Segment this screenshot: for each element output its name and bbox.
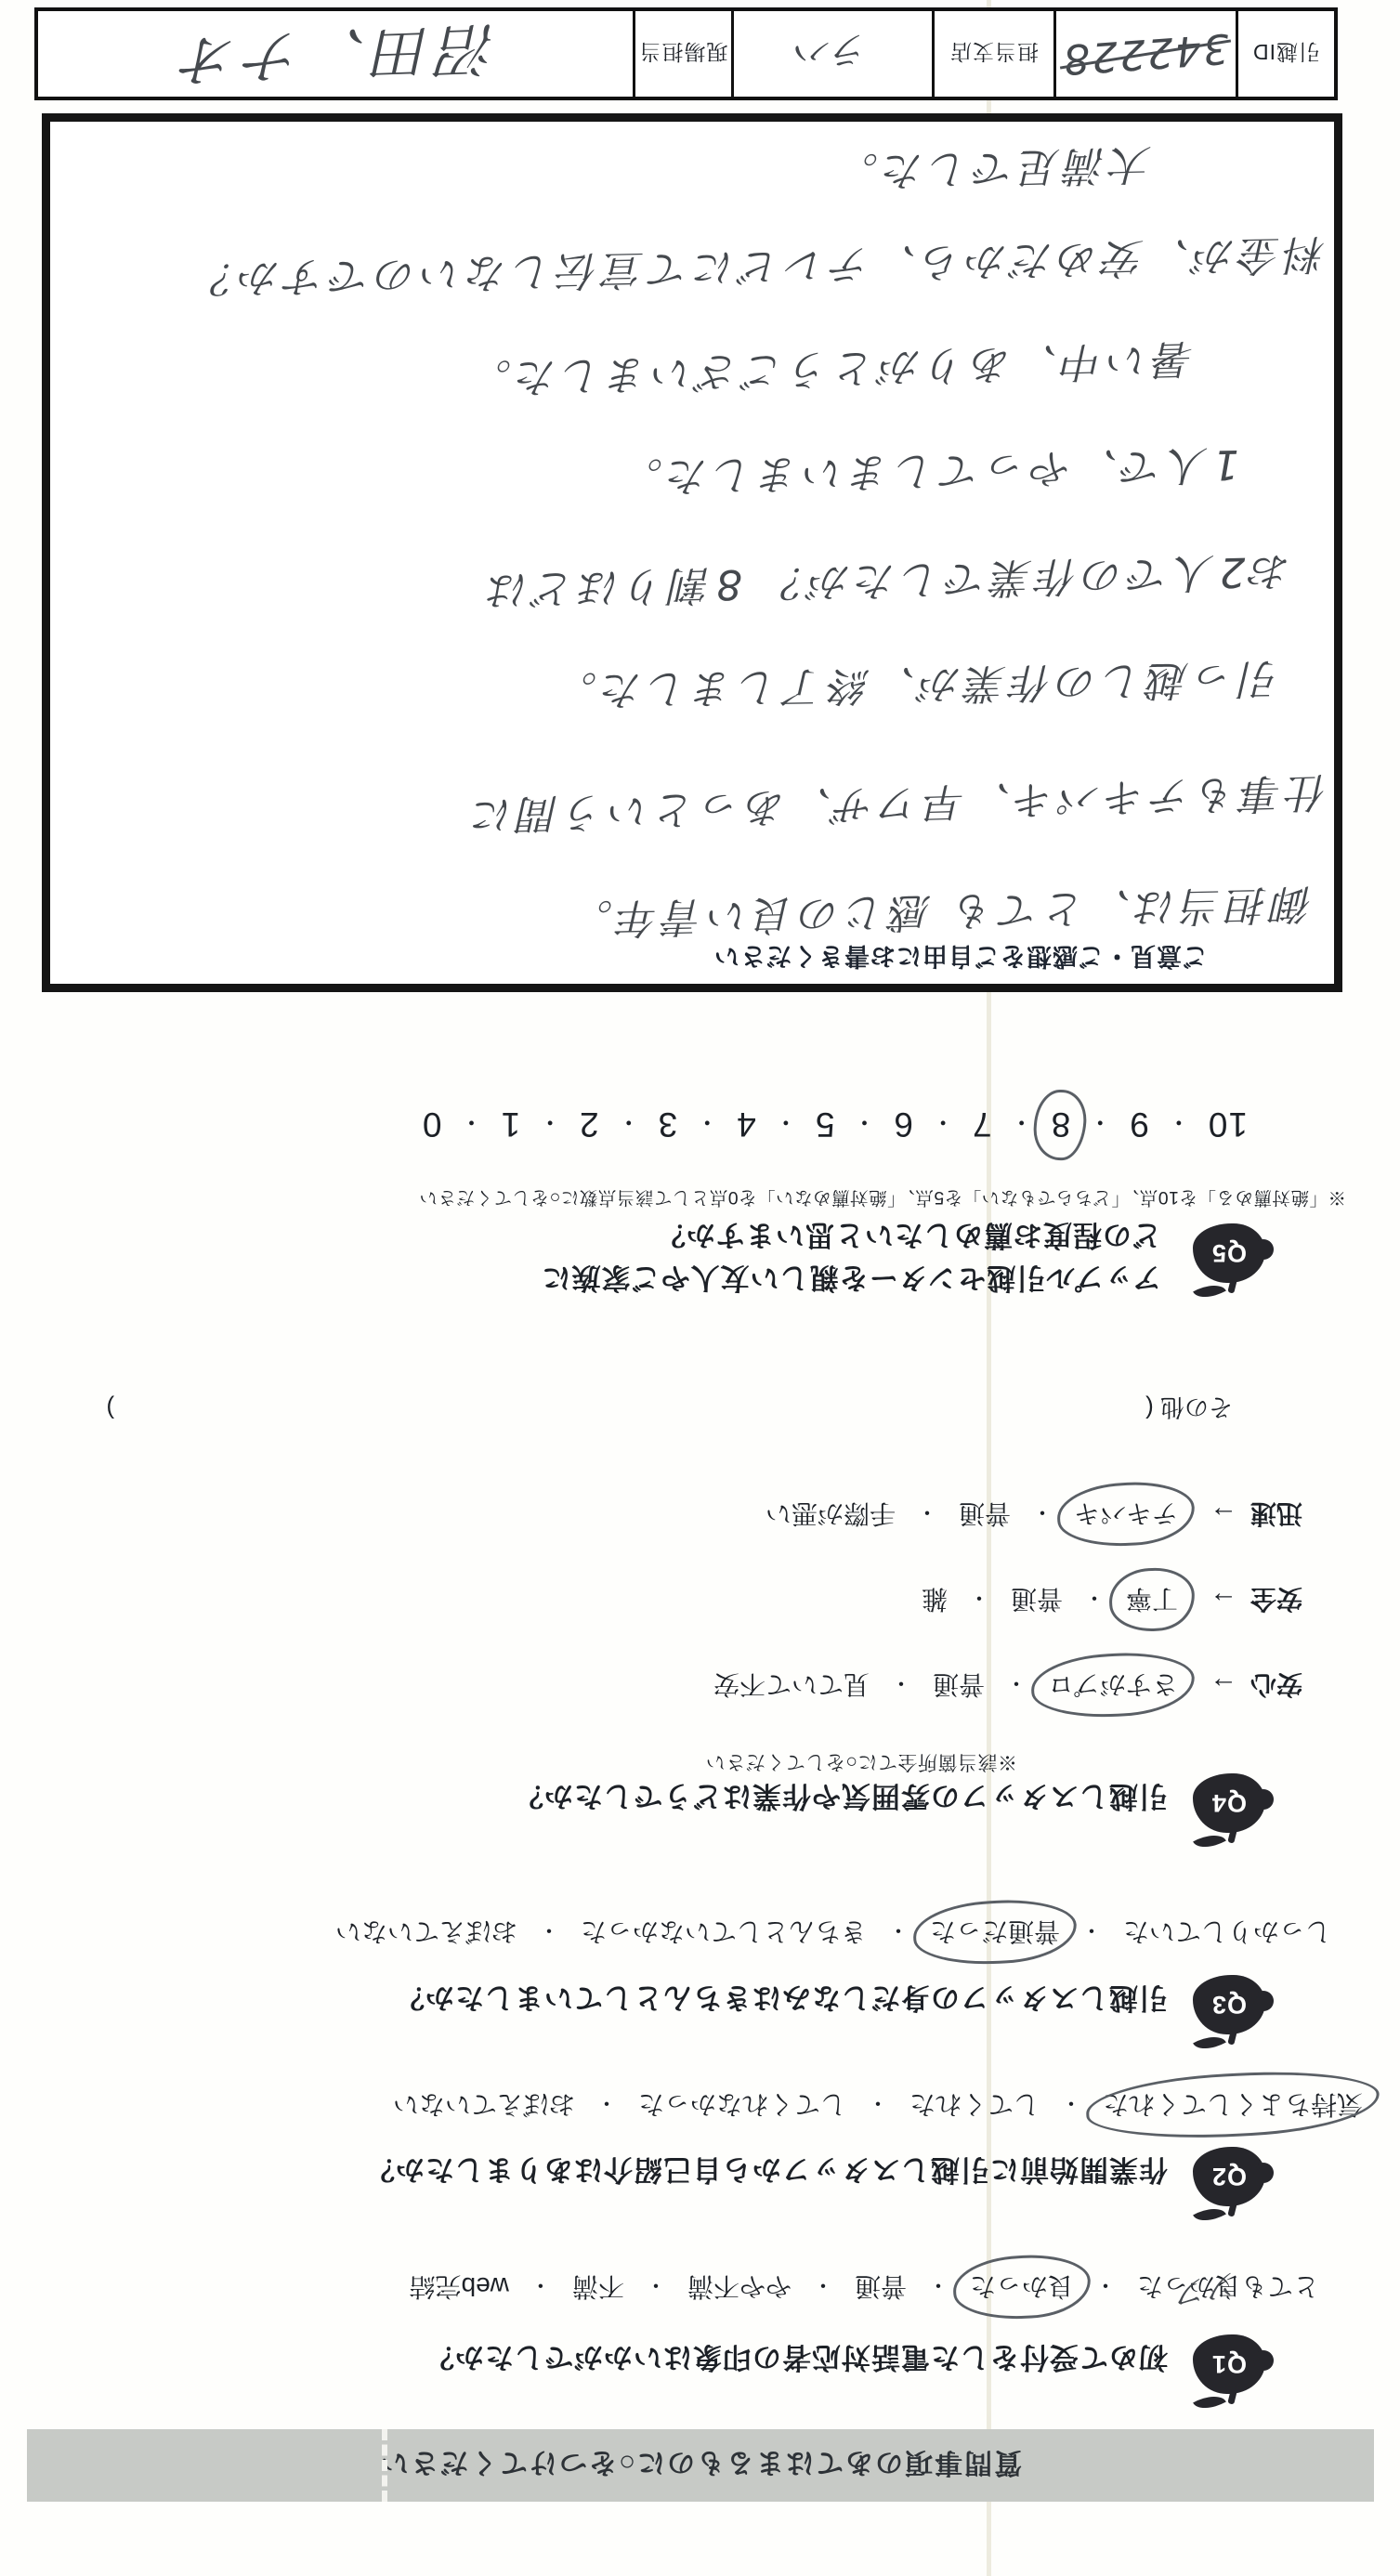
right-arrow: → xyxy=(1210,1670,1237,1702)
option-separator: ・ xyxy=(1005,1670,1027,1703)
header-info-table: 引越ID 342228 担当支店 ラハ 現場担当 沼田、ナオ xyxy=(34,7,1338,100)
scale-separator: ・ xyxy=(851,1107,876,1142)
option-separator: ・ xyxy=(595,2090,618,2123)
answer-option: 丁寧 xyxy=(1126,1582,1178,1619)
option-separator: ・ xyxy=(890,1670,912,1703)
answer-option: 気持ちよくしてくれた xyxy=(1103,2087,1363,2125)
row-label: 安心 xyxy=(1250,1667,1302,1705)
handwritten-comment-line: 仕事もテキパキ、早ワザ、あっという間に xyxy=(468,765,1329,849)
handwritten-comment-line: 暑い中、ありがとうございました。 xyxy=(465,333,1195,412)
apple-stem-icon xyxy=(1227,2030,1236,2045)
handwritten-comment-line: お2人での作業でしたが？ 8割りほどは xyxy=(483,544,1291,623)
apple-stem-icon xyxy=(1227,1828,1236,1843)
q5-note-text: ※「絶対薦める」を10点、「どちらでもない」を5点、「絶対薦めない」を0点として… xyxy=(419,1186,1346,1212)
scale-separator: ・ xyxy=(616,1107,641,1142)
move-id-label: 引越ID xyxy=(1236,11,1334,97)
instruction-text: 質問事項のあてはまるものに○をつけてください xyxy=(379,2445,1022,2486)
scale-number: 7 xyxy=(972,1105,992,1144)
answer-option: しっかりしていた xyxy=(1123,1915,1331,1952)
scale-number: 2 xyxy=(579,1105,599,1144)
q4-label: Q4 xyxy=(1211,1789,1247,1818)
apple-stem-icon xyxy=(1227,1278,1236,1293)
q4-note-text: ※該当箇所全てに○をしてください xyxy=(705,1749,1017,1777)
answer-option: 見ていて不安 xyxy=(713,1667,870,1705)
row-label: 迅速 xyxy=(1250,1497,1302,1534)
answer-option: テキパキ xyxy=(1074,1497,1178,1534)
option-separator: ・ xyxy=(1094,2272,1117,2305)
answer-option: 普通 xyxy=(933,1667,985,1705)
q3-question-text: 引越しスタッフの身だしなみはきちんとしていましたか？ xyxy=(395,1980,1168,2021)
q2-question-text: 作業開始前に引越しスタッフから自己紹介はありましたか？ xyxy=(365,2151,1168,2193)
option-separator: ・ xyxy=(530,2272,552,2305)
scale-separator: ・ xyxy=(930,1107,955,1142)
option-separator: ・ xyxy=(968,1585,990,1617)
apple-bump xyxy=(1253,1239,1274,1260)
handwritten-comment-line: 料金が、安めだから、テレビにて宣伝しないのですか？ xyxy=(189,228,1327,313)
answer-option: してくれなかった xyxy=(638,2087,846,2125)
q1-apple-icon: Q1 xyxy=(1193,2334,1265,2394)
answer-option: さすがプロ xyxy=(1048,1667,1178,1705)
perforation-dash-line xyxy=(382,2429,387,2502)
scale-number: 3 xyxy=(658,1105,678,1144)
scale-number: 9 xyxy=(1129,1105,1149,1144)
branch-label: 担当支店 xyxy=(932,11,1053,97)
option-separator: ・ xyxy=(1080,1917,1103,1950)
answer-option: 手際が悪い xyxy=(765,1497,896,1534)
handwritten-comment-line: 1人で、やってしまいました。 xyxy=(617,438,1239,511)
instruction-bar: 質問事項のあてはまるものに○をつけてください xyxy=(27,2429,1374,2502)
site-staff-label: 現場担当 xyxy=(633,11,731,97)
apple-leaf-icon xyxy=(1193,2388,1226,2415)
scale-number: 6 xyxy=(893,1105,913,1144)
option-separator: ・ xyxy=(538,1917,560,1950)
scanned-survey-page: 質問事項のあてはまるものに○をつけてください Q1 初めて受付をした電話対応者の… xyxy=(0,0,1400,2576)
answer-option: やや不満 xyxy=(687,2269,792,2307)
handwritten-branch: ラハ xyxy=(794,25,871,82)
answer-option: 普通だった xyxy=(930,1915,1060,1952)
scale-number: 10 xyxy=(1208,1105,1248,1144)
q5-question-line1: アップル引越センターを親しい友人やご家族に xyxy=(542,1260,1161,1301)
stray-pen-marks: ソフ xyxy=(1173,2263,1243,2319)
q3-options-row: しっかりしていた ・ 普通だった ・ きちんとしていなかった ・ おぼえていない xyxy=(335,1915,1331,1952)
scale-separator: ・ xyxy=(1087,1107,1112,1142)
scale-number: 0 xyxy=(422,1105,442,1144)
answer-option: 普通 xyxy=(855,2269,907,2307)
row-label: 安全 xyxy=(1250,1582,1302,1619)
site-staff-value-cell: 沼田、ナオ xyxy=(38,11,633,97)
apple-bump xyxy=(1253,2163,1274,2183)
apple-leaf-icon xyxy=(1193,2201,1226,2228)
q2-label: Q2 xyxy=(1211,2163,1247,2191)
open-paren: ( xyxy=(1145,1394,1154,1423)
comment-box: ご意見・ご感想をご自由にお書きください 御担当は、とても 感じの良い青年。 仕事… xyxy=(42,113,1342,992)
option-separator: ・ xyxy=(645,2272,667,2305)
option-separator: ・ xyxy=(916,1499,938,1532)
handwritten-comment-line: 引っ越しの作業が、終了しました。 xyxy=(552,652,1281,725)
answer-option: 普通 xyxy=(1011,1582,1063,1619)
answer-option: してくれた xyxy=(909,2087,1040,2125)
apple-stem-icon xyxy=(1227,2202,1236,2216)
q5-question-line2: どの程度お薦めしたいと思いますか？ xyxy=(656,1217,1161,1259)
scale-number: 8 xyxy=(1051,1105,1071,1144)
q5-apple-icon: Q5 xyxy=(1193,1223,1265,1283)
option-separator: ・ xyxy=(812,2272,834,2305)
option-separator: ・ xyxy=(927,2272,949,2305)
close-paren: ) xyxy=(106,1394,114,1423)
apple-bump xyxy=(1253,2350,1274,2371)
q3-apple-icon: Q3 xyxy=(1193,1975,1265,2034)
scale-separator: ・ xyxy=(1166,1107,1191,1142)
move-id-value-cell: 342228 xyxy=(1053,11,1236,97)
answer-option: 良かった xyxy=(970,2269,1074,2307)
scale-number: 5 xyxy=(815,1105,835,1144)
answer-option: 雑 xyxy=(922,1582,948,1619)
option-separator: ・ xyxy=(1060,2090,1082,2123)
scale-separator: ・ xyxy=(1009,1107,1034,1142)
handwritten-staff-name: 沼田、ナオ xyxy=(173,22,499,85)
q2-options-row: 気持ちよくしてくれた ・ してくれた ・ してくれなかった ・ おぼえていない xyxy=(393,2087,1363,2125)
answer-option: 普通 xyxy=(959,1497,1011,1534)
scale-separator: ・ xyxy=(694,1107,719,1142)
scale-separator: ・ xyxy=(773,1107,798,1142)
scale-separator: ・ xyxy=(537,1107,562,1142)
answer-option: おぼえていない xyxy=(393,2087,575,2125)
other-label: その他 xyxy=(1160,1392,1233,1426)
q4-apple-icon: Q4 xyxy=(1193,1773,1265,1833)
apple-bump xyxy=(1253,1991,1274,2011)
option-separator: ・ xyxy=(1083,1585,1106,1617)
branch-value-cell: ラハ xyxy=(731,11,932,97)
survey-sheet-rotated-180: 質問事項のあてはまるものに○をつけてください Q1 初めて受付をした電話対応者の… xyxy=(0,0,1400,2576)
q4-row-anshin: 安心 → さすがプロ ・ 普通 ・ 見ていて不安 xyxy=(713,1667,1302,1705)
q4-other-field: その他 ( ) xyxy=(106,1392,1233,1426)
q3-label: Q3 xyxy=(1211,1991,1247,2020)
option-separator: ・ xyxy=(867,2090,889,2123)
scale-number: 4 xyxy=(736,1105,756,1144)
answer-option: web完結 xyxy=(410,2269,509,2307)
answer-option: おぼえていない xyxy=(335,1915,517,1952)
right-arrow: → xyxy=(1210,1499,1237,1531)
q5-label: Q5 xyxy=(1211,1239,1247,1268)
apple-leaf-icon xyxy=(1193,1827,1226,1854)
q2-apple-icon: Q2 xyxy=(1193,2147,1265,2206)
apple-leaf-icon xyxy=(1193,1277,1226,1304)
option-separator: ・ xyxy=(1031,1499,1053,1532)
apple-bump xyxy=(1253,1789,1274,1810)
apple-stem-icon xyxy=(1227,2389,1236,2404)
q4-row-anzen: 安全 → 丁寧 ・ 普通 ・ 雑 xyxy=(922,1582,1302,1619)
option-separator: ・ xyxy=(887,1917,909,1950)
answer-option: きちんとしていなかった xyxy=(581,1915,867,1952)
q4-question-text: 引越しスタッフの雰囲気や作業はどうでしたか？ xyxy=(514,1778,1168,1820)
q1-label: Q1 xyxy=(1211,2350,1247,2379)
apple-leaf-icon xyxy=(1193,2029,1226,2056)
handwritten-comment-line: 大満足でした。 xyxy=(832,138,1153,206)
answer-option: 不満 xyxy=(572,2269,624,2307)
q4-row-jinsoku: 迅速 → テキパキ ・ 普通 ・ 手際が悪い xyxy=(765,1497,1302,1534)
scale-separator: ・ xyxy=(458,1107,483,1142)
scale-number: 1 xyxy=(501,1105,521,1144)
q1-question-text: 初めて受付をした電話対応者の印象はいかがでしたか？ xyxy=(425,2339,1168,2381)
q5-nps-scale: 10 ・ 9 ・ 8 ・ 7 ・ 6 ・ 5 ・ 4 ・ 3 ・ 2 ・ 1 ・… xyxy=(422,1105,1248,1144)
right-arrow: → xyxy=(1210,1585,1237,1616)
